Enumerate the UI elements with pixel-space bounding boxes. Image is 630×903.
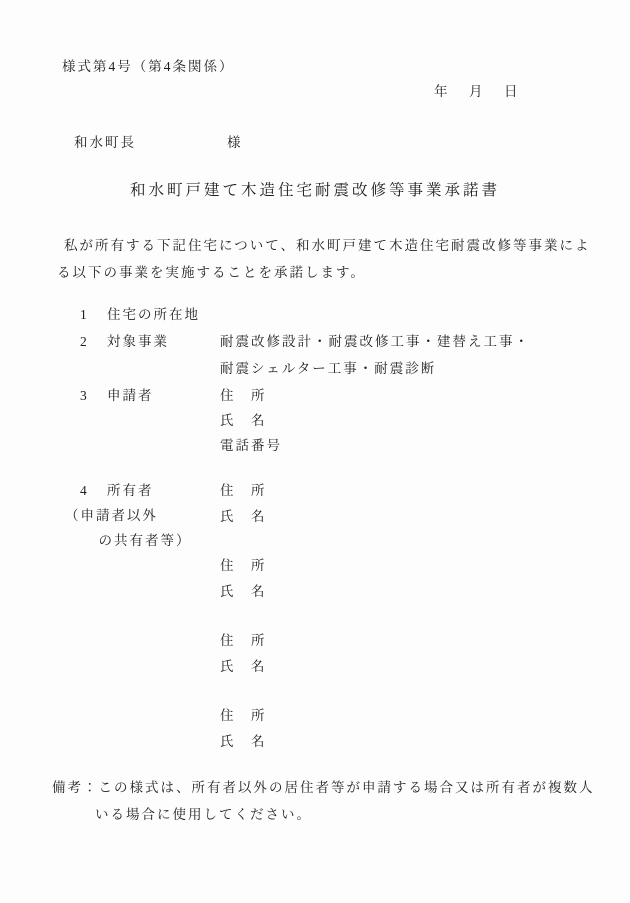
owner-2-address-label: 住 所 bbox=[220, 559, 267, 573]
remarks-line-2: いる場合に使用してください。 bbox=[95, 808, 312, 822]
owner-4-address-label: 住 所 bbox=[220, 709, 267, 723]
remarks-text-line-1: この様式は、所有者以外の居住者等が申請する場合又は所有者が複数人 bbox=[99, 780, 595, 795]
item-3-name-label: 氏 名 bbox=[220, 414, 267, 428]
item-2-number: 2 bbox=[80, 335, 89, 349]
item-3-number: 3 bbox=[80, 389, 89, 403]
owner-1-name-label: 氏 名 bbox=[220, 510, 267, 524]
remarks-label: 備考： bbox=[52, 780, 99, 795]
item-2-label: 対象事業 bbox=[107, 335, 169, 349]
item-2-value-line-1: 耐震改修設計・耐震改修工事・建替え工事・ bbox=[220, 335, 530, 349]
owner-4-name-label: 氏 名 bbox=[220, 735, 267, 749]
item-4-label: 所有者 bbox=[107, 484, 154, 498]
item-3-address-label: 住 所 bbox=[220, 389, 267, 403]
item-3-phone-label: 電話番号 bbox=[220, 439, 282, 453]
owner-2-name-label: 氏 名 bbox=[220, 585, 267, 599]
recipient-name: 和水町長 bbox=[74, 136, 136, 150]
item-1-number: 1 bbox=[80, 308, 89, 322]
document-title: 和水町戸建て木造住宅耐震改修等事業承諾書 bbox=[0, 183, 630, 199]
body-paragraph-line-1: 私が所有する下記住宅について、和水町戸建て木造住宅耐震改修等事業によ bbox=[64, 239, 590, 253]
recipient-honorific: 様 bbox=[227, 136, 243, 150]
item-4-number: 4 bbox=[80, 484, 89, 498]
owner-3-address-label: 住 所 bbox=[220, 634, 267, 648]
item-1-label: 住宅の所在地 bbox=[107, 308, 200, 322]
item-4-sublabel-line-1: （申請者以外 bbox=[65, 509, 158, 523]
item-3-label: 申請者 bbox=[107, 389, 154, 403]
document-page: 様式第4号（第4条関係） 年 月 日 和水町長 様 和水町戸建て木造住宅耐震改修… bbox=[0, 0, 630, 903]
item-2-value-line-2: 耐震シェルター工事・耐震診断 bbox=[220, 362, 436, 376]
date-line: 年 月 日 bbox=[434, 85, 522, 99]
form-number: 様式第4号（第4条関係） bbox=[62, 60, 235, 74]
remarks-line-1: 備考：この様式は、所有者以外の居住者等が申請する場合又は所有者が複数人 bbox=[52, 781, 595, 795]
item-4-sublabel-line-2: の共有者等） bbox=[83, 534, 192, 548]
owner-1-address-label: 住 所 bbox=[220, 484, 267, 498]
body-paragraph-line-2: る以下の事業を実施することを承諾します。 bbox=[57, 266, 366, 280]
owner-3-name-label: 氏 名 bbox=[220, 660, 267, 674]
